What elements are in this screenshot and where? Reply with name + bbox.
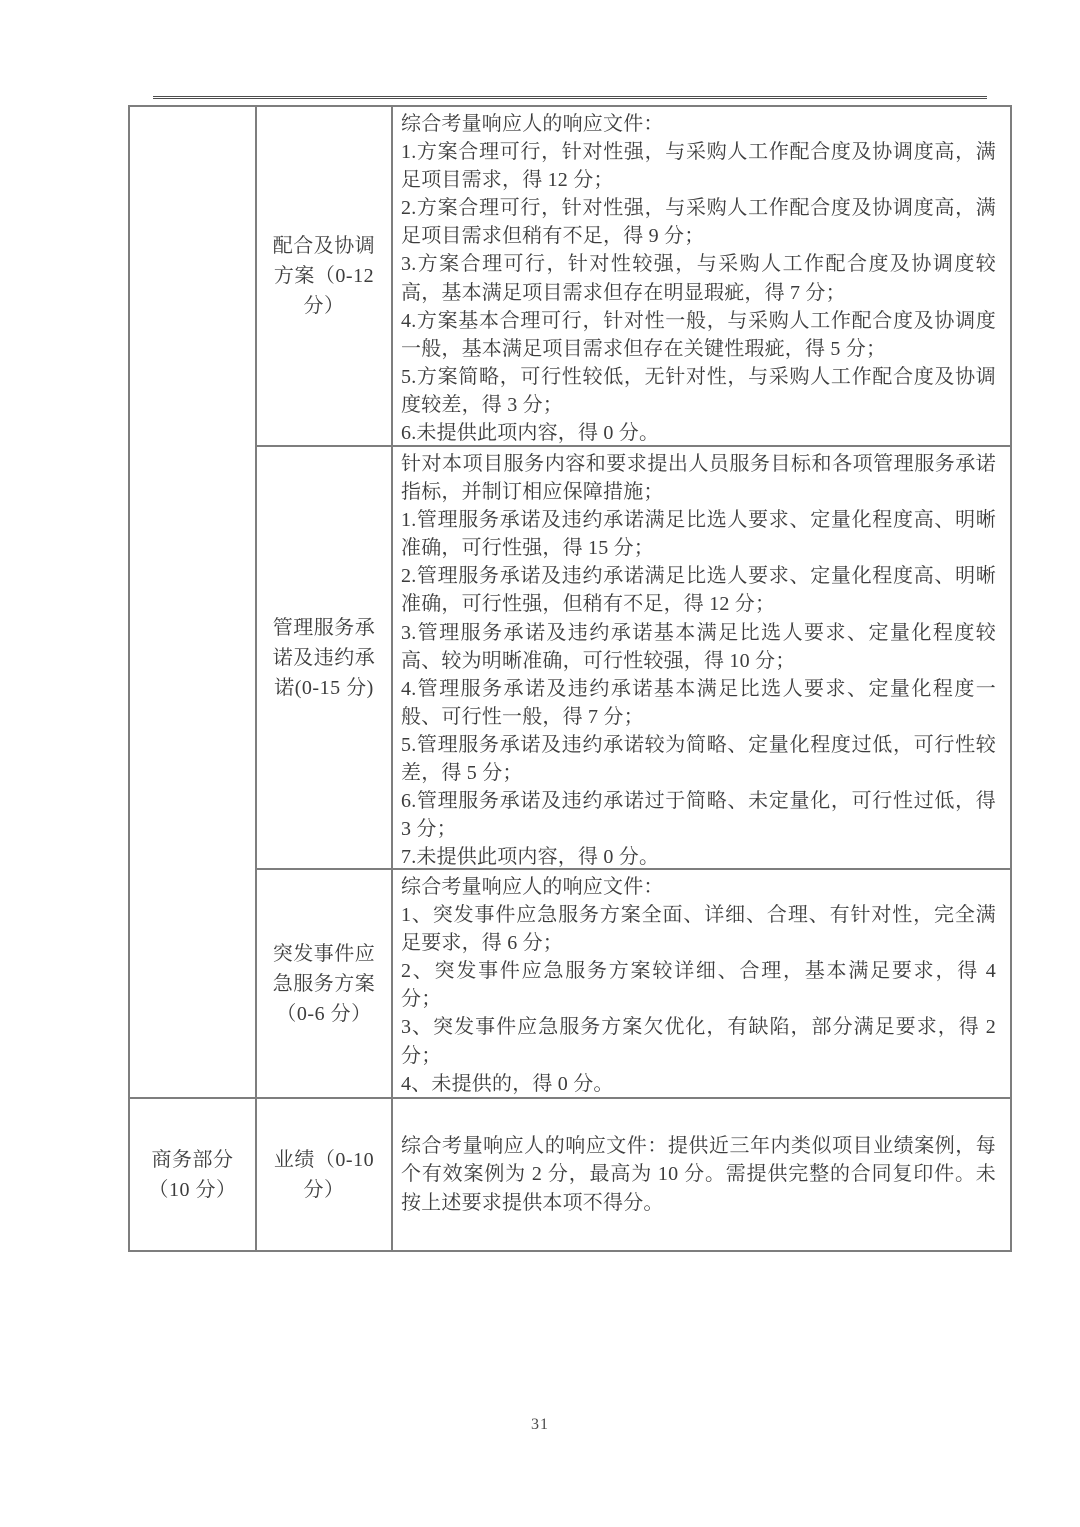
description-text: 综合考量响应人的响应文件：提供近三年内类似项目业绩案例，每个有效案例为 2 分，…	[393, 1129, 1010, 1219]
criterion-label: 配合及协调 方案（0-12 分）	[273, 231, 376, 321]
section-label: 商务部分 （10 分）	[149, 1145, 237, 1205]
criterion-cell-emergency-plan: 突发事件应 急服务方案 （0-6 分）	[255, 868, 391, 1097]
description-cell-performance: 综合考量响应人的响应文件：提供近三年内类似项目业绩案例，每个有效案例为 2 分，…	[391, 1097, 1010, 1250]
criterion-cell-service-commitment: 管理服务承 诺及违约承 诺(0-15 分)	[255, 445, 391, 868]
description-cell-service-commitment: 针对本项目服务内容和要求提出人员服务目标和各项管理服务承诺指标，并制订相应保障措…	[391, 445, 1010, 868]
criterion-label: 业绩（0-10 分）	[274, 1145, 374, 1205]
description-cell-emergency-plan: 综合考量响应人的响应文件： 1、突发事件应急服务方案全面、详细、合理、有针对性，…	[391, 868, 1010, 1097]
section-cell-merged-empty	[130, 107, 255, 1097]
section-cell-commercial: 商务部分 （10 分）	[130, 1097, 255, 1250]
criterion-label: 管理服务承 诺及违约承 诺(0-15 分)	[273, 613, 376, 703]
criterion-cell-coordination-plan: 配合及协调 方案（0-12 分）	[255, 107, 391, 445]
description-text: 针对本项目服务内容和要求提出人员服务目标和各项管理服务承诺指标，并制订相应保障措…	[393, 447, 1010, 868]
description-cell-coordination-plan: 综合考量响应人的响应文件： 1.方案合理可行，针对性强，与采购人工作配合度及协调…	[391, 107, 1010, 445]
criterion-cell-performance: 业绩（0-10 分）	[255, 1097, 391, 1250]
description-text: 综合考量响应人的响应文件： 1、突发事件应急服务方案全面、详细、合理、有针对性，…	[393, 870, 1010, 1097]
evaluation-criteria-table: 配合及协调 方案（0-12 分） 综合考量响应人的响应文件： 1.方案合理可行，…	[128, 105, 1012, 1252]
page-number: 31	[0, 1416, 1080, 1434]
header-rule	[153, 96, 987, 99]
description-text: 综合考量响应人的响应文件： 1.方案合理可行，针对性强，与采购人工作配合度及协调…	[393, 107, 1010, 445]
criterion-label: 突发事件应 急服务方案 （0-6 分）	[273, 939, 376, 1029]
